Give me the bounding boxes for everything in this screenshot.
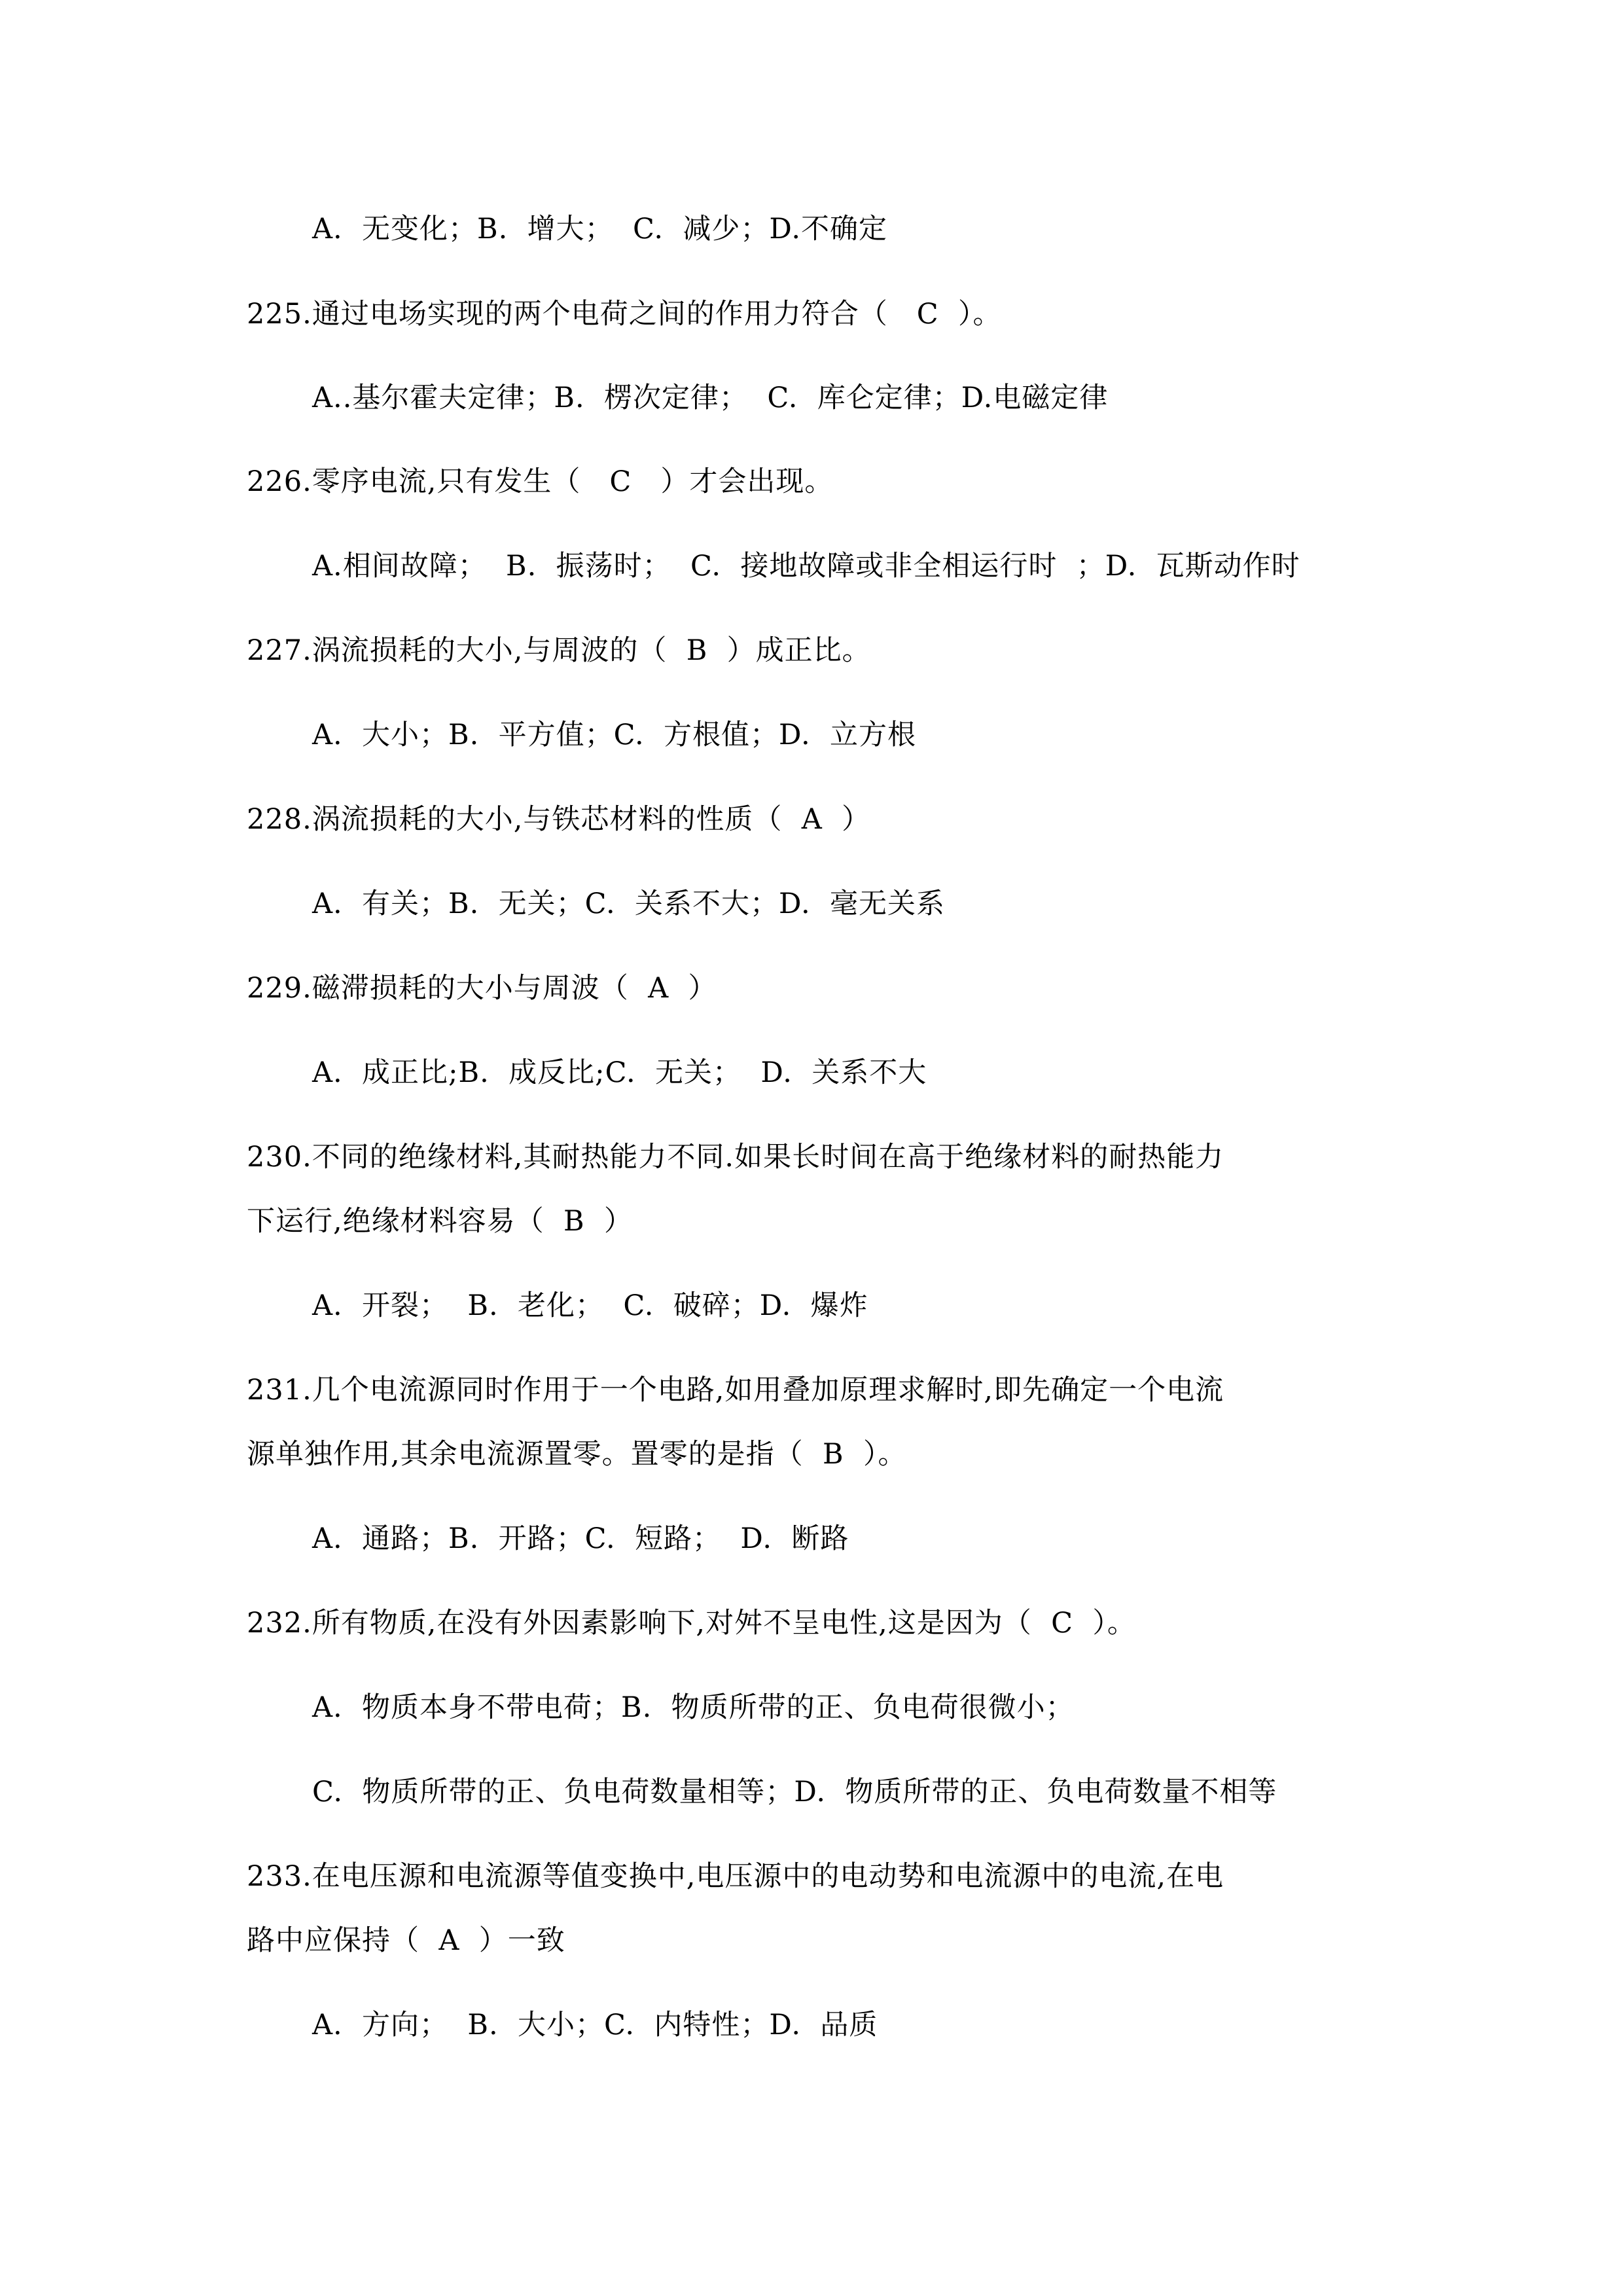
q224-options: A. 无变化；B. 增大； C. 减少；D.不确定 <box>312 209 887 249</box>
q233-options: A. 方向； B. 大小；C. 内特性；D. 品质 <box>312 2005 878 2045</box>
q226-stem: 226.零序电流,只有发生（ C ）才会出现。 <box>247 462 833 501</box>
q231-stem-line1: 231.几个电流源同时作用于一个电路,如用叠加原理求解时,即先确定一个电流 <box>247 1371 1224 1410</box>
q227-options: A. 大小；B. 平方值；C. 方根值；D. 立方根 <box>312 715 916 755</box>
q231-options: A. 通路；B. 开路；C. 短路； D. 断路 <box>312 1519 849 1558</box>
q230-options: A. 开裂； B. 老化； C. 破碎；D. 爆炸 <box>312 1286 868 1325</box>
q233-stem-line2: 路中应保持（ A ）一致 <box>247 1921 565 1960</box>
q229-options: A. 成正比;B. 成反比;C. 无关； D. 关系不大 <box>312 1053 927 1092</box>
q232-options-line1: A. 物质本身不带电荷；B. 物质所带的正、负电荷很微小； <box>312 1688 1075 1727</box>
q225-stem: 225.通过电场实现的两个电荷之间的作用力符合（ C ）。 <box>247 295 1002 334</box>
q232-options-line2: C. 物质所带的正、负电荷数量相等；D. 物质所带的正、负电荷数量不相等 <box>312 1772 1277 1812</box>
q231-stem-line2: 源单独作用,其余电流源置零。置零的是指（ B ）。 <box>247 1435 906 1474</box>
q232-stem: 232.所有物质,在没有外因素影响下,对舛不呈电性,这是因为（ C ）。 <box>247 1604 1136 1643</box>
q228-options: A. 有关；B. 无关；C. 关系不大；D. 毫无关系 <box>312 884 945 924</box>
q225-options: A..基尔霍夫定律；B. 楞次定律； C. 库仑定律；D.电磁定律 <box>312 378 1108 418</box>
q228-stem: 228.涡流损耗的大小,与铁芯材料的性质（ A ） <box>247 800 870 839</box>
document-page: A. 无变化；B. 增大； C. 减少；D.不确定 225.通过电场实现的两个电… <box>0 0 1623 2296</box>
q227-stem: 227.涡流损耗的大小,与周波的（ B ）成正比。 <box>247 631 871 670</box>
q226-options: A.相间故障； B. 振荡时； C. 接地故障或非全相运行时 ；D. 瓦斯动作时 <box>312 547 1300 586</box>
q230-stem-line2: 下运行,绝缘材料容易（ B ） <box>247 1202 633 1241</box>
q230-stem-line1: 230.不同的绝缘材料,其耐热能力不同.如果长时间在高于绝缘材料的耐热能力 <box>247 1138 1224 1177</box>
q229-stem: 229.磁滞损耗的大小与周波（ A ） <box>247 969 717 1008</box>
q233-stem-line1: 233.在电压源和电流源等值变换中,电压源中的电动势和电流源中的电流,在电 <box>247 1857 1224 1896</box>
